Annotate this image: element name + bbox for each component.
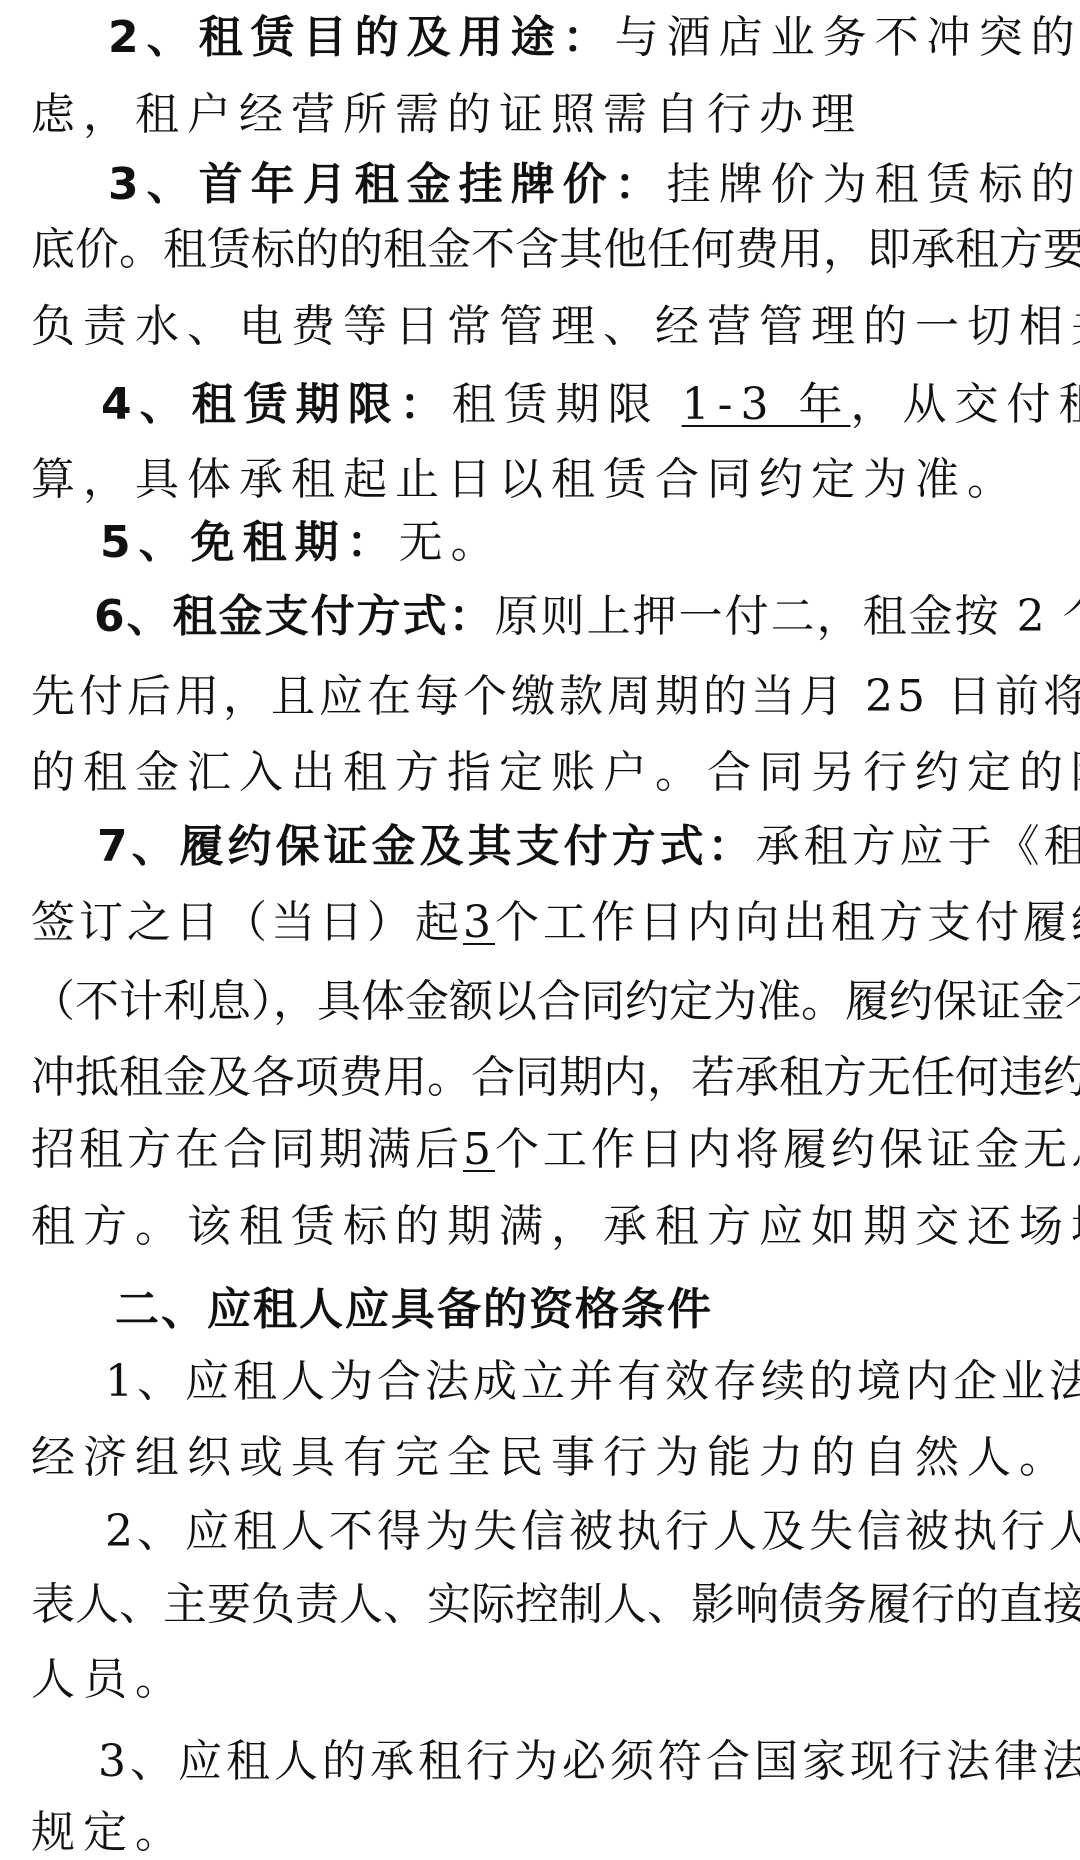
item-5-number: 5、 bbox=[100, 517, 191, 568]
item-5-label: 免租期： bbox=[191, 517, 399, 568]
item-7-line-3: （不计利息），具体金额以合同约定为准。履约保证金不能 bbox=[31, 972, 1047, 1032]
item-7-line-2: 签订之日（当日）起3个工作日内向出租方支付履约保证金 bbox=[31, 893, 1047, 953]
qual-3-line-2: 规定。 bbox=[31, 1803, 1047, 1860]
item-2-number: 2、 bbox=[108, 12, 199, 63]
item-6-text: 原则上押一付二，租金按 2 个月结算， bbox=[495, 591, 1080, 642]
qual-1-line-1: 1、应租人为合法成立并有效存续的境内企业法人、其他 bbox=[105, 1352, 1047, 1412]
item-3-line-2: 底价。租赁标的的租金不含其他任何费用，即承租方要自行 bbox=[31, 220, 1047, 280]
qual-1-line-2: 经济组织或具有完全民事行为能力的自然人。 bbox=[31, 1428, 1047, 1488]
item-2-text: 与酒店业务不冲突的项目优先考 bbox=[615, 12, 1080, 63]
item-7-number: 7、 bbox=[97, 821, 180, 872]
item-6-line-1: 6、租金支付方式：原则上押一付二，租金按 2 个月结算， bbox=[94, 587, 1048, 647]
item-4-line-1: 4、租赁期限：租赁期限 1-3 年，从交付租赁标的之日起 bbox=[101, 375, 1047, 435]
item-7-line-6: 租方。该租赁标的期满，承租方应如期交还场地。 bbox=[31, 1197, 1047, 1257]
item-3-text: 挂牌价为租赁标的首年月租金 bbox=[667, 159, 1080, 210]
qual-2-line-2: 表人、主要负责人、实际控制人、影响债务履行的直接责任 bbox=[31, 1575, 1047, 1635]
item-6-line-3: 的租金汇入出租方指定账户。合同另行约定的除外。 bbox=[31, 743, 1047, 803]
section-2-heading: 二、应租人应具备的资格条件 bbox=[115, 1280, 915, 1340]
item-7-l2-post: 个工作日内向出租方支付履约保证金 bbox=[495, 897, 1080, 948]
item-7-line-4: 冲抵租金及各项费用。合同期内，若承租方无任何违约行为， bbox=[31, 1048, 1047, 1108]
item-2-line-2: 虑，租户经营所需的证照需自行办理 bbox=[31, 85, 1047, 145]
item-6-number: 6、 bbox=[94, 591, 173, 642]
item-6-label: 租金支付方式： bbox=[173, 591, 495, 642]
refund-days-value: 5 bbox=[463, 1124, 495, 1175]
item-4-label: 租赁期限： bbox=[192, 379, 452, 430]
item-3-label: 首年月租金挂牌价： bbox=[199, 159, 667, 210]
item-7-line-5: 招租方在合同期满后5个工作日内将履约保证金无息退还承 bbox=[31, 1120, 1047, 1180]
item-5-line-1: 5、免租期：无。 bbox=[100, 513, 1046, 573]
item-7-l5-pre: 招租方在合同期满后 bbox=[31, 1124, 463, 1175]
item-7-label: 履约保证金及其支付方式： bbox=[180, 821, 756, 872]
item-4-pre: 租赁期限 bbox=[452, 379, 682, 430]
deposit-days-value: 3 bbox=[463, 897, 495, 948]
item-7-l2-pre: 签订之日（当日）起 bbox=[31, 897, 463, 948]
item-4-post: ，从交付租赁标的之日起 bbox=[850, 379, 1080, 430]
item-7-line-1: 7、履约保证金及其支付方式：承租方应于《租赁合同》 bbox=[97, 817, 1047, 877]
qual-2-line-1: 2、应租人不得为失信被执行人及失信被执行人的法定代 bbox=[105, 1502, 1047, 1562]
item-4-line-2: 算，具体承租起止日以租赁合同约定为准。 bbox=[31, 450, 1047, 510]
item-2-line-1: 2、租赁目的及用途：与酒店业务不冲突的项目优先考 bbox=[108, 8, 1048, 68]
item-6-line-2: 先付后用，且应在每个缴款周期的当月 25 日前将下个周期 bbox=[31, 667, 1047, 727]
qual-2-line-3: 人员。 bbox=[31, 1650, 1047, 1710]
item-7-text: 承租方应于《租赁合同》 bbox=[756, 821, 1080, 872]
lease-term-value: 1-3 年 bbox=[682, 379, 851, 430]
qual-3-line-1: 3、应租人的承租行为必须符合国家现行法律法规和政策 bbox=[98, 1732, 1048, 1792]
item-3-line-3: 负责水、电费等日常管理、经营管理的一切相关费用。 bbox=[31, 297, 1047, 357]
item-2-label: 租赁目的及用途： bbox=[199, 12, 615, 63]
item-7-l5-post: 个工作日内将履约保证金无息退还承 bbox=[495, 1124, 1080, 1175]
item-3-number: 3、 bbox=[108, 159, 199, 210]
item-5-text: 无。 bbox=[399, 517, 503, 568]
item-4-number: 4、 bbox=[101, 379, 192, 430]
item-3-line-1: 3、首年月租金挂牌价：挂牌价为租赁标的首年月租金 bbox=[108, 155, 1048, 215]
